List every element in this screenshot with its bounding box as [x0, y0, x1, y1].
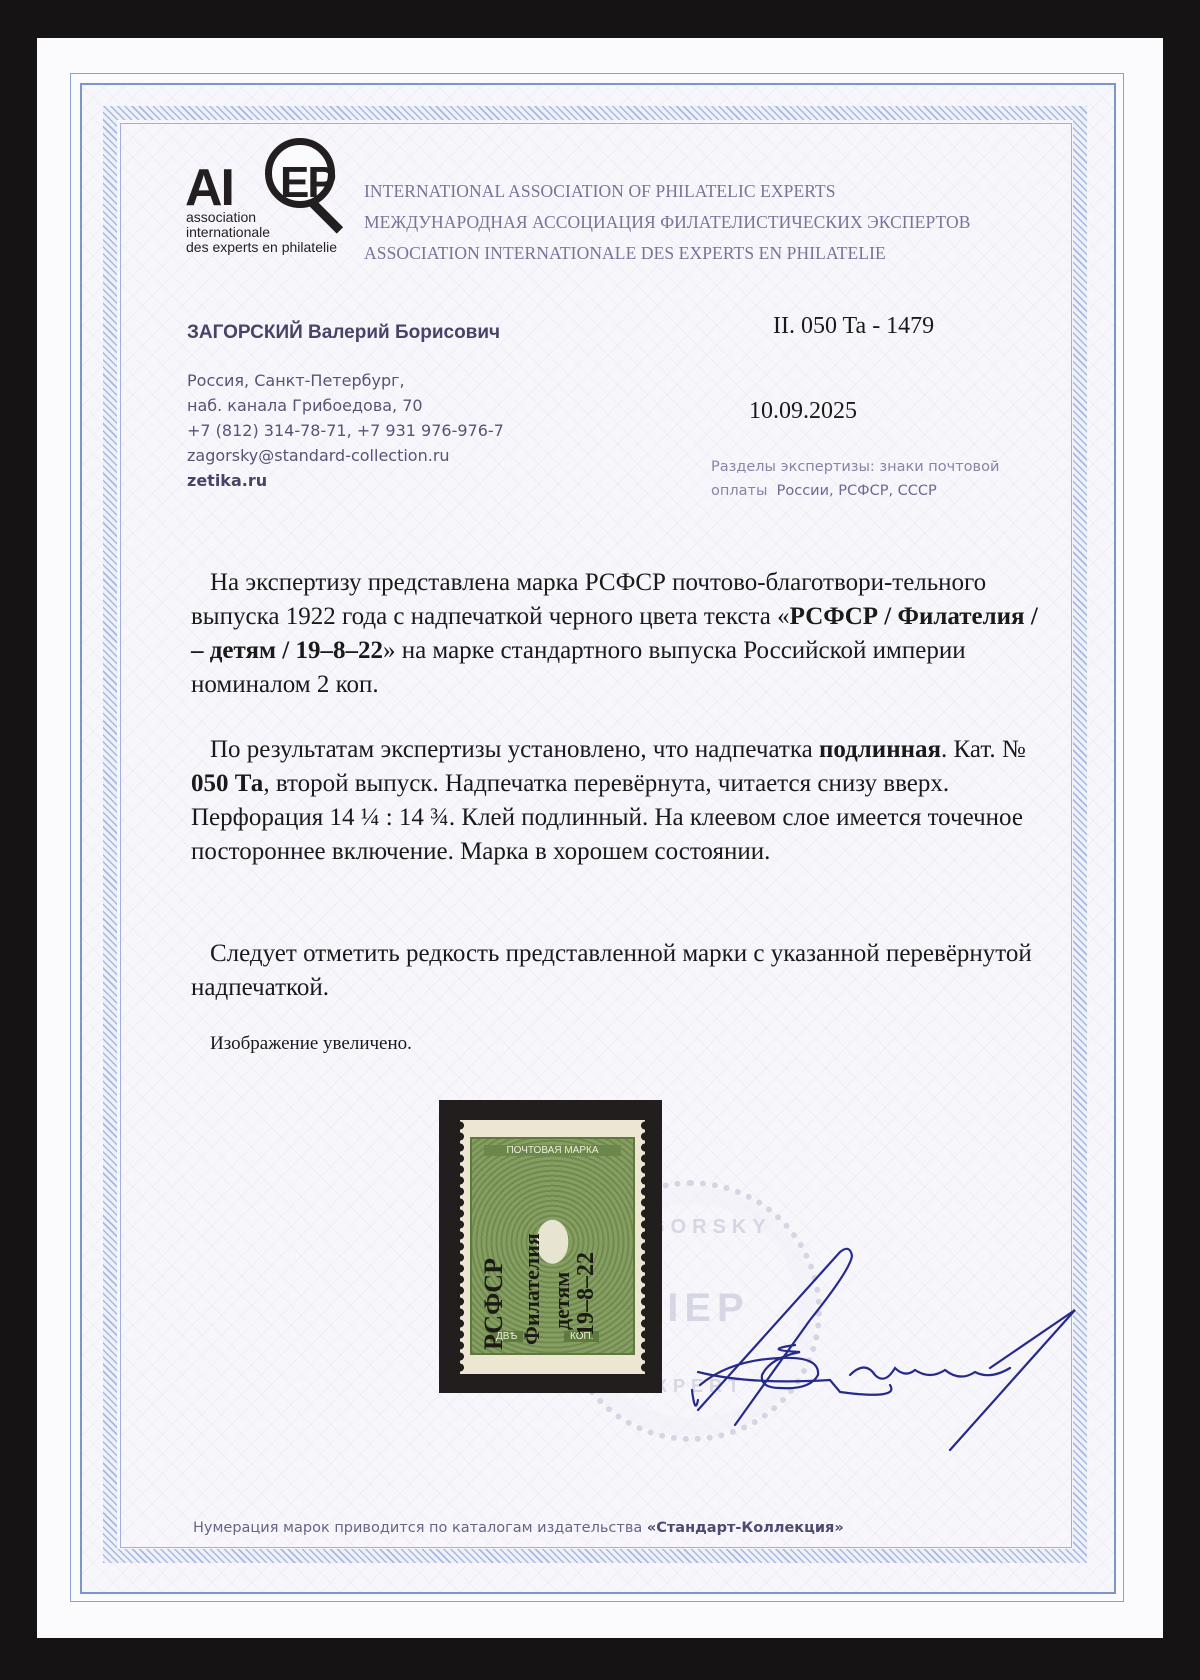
sections-label: Разделы экспертизы: знаки почтовой: [711, 455, 999, 479]
certificate-date: 10.09.2025: [749, 398, 857, 425]
paragraph-result: По результатам экспертизы установлено, ч…: [191, 733, 1051, 869]
image-enlarged-note: Изображение увеличено.: [210, 1033, 412, 1055]
address-line: Россия, Санкт-Петербург,: [187, 368, 504, 393]
overprint-line: РСФСР: [479, 1258, 509, 1350]
expert-contact: Россия, Санкт-Петербург, наб. канала Гри…: [187, 368, 504, 493]
text-span: , второй выпуск. Надпечатка перевёрнута,…: [191, 770, 1023, 865]
association-name-fr: ASSOCIATION INTERNATIONALE DES EXPERTS E…: [364, 238, 971, 269]
logo-sub-line: internationale: [186, 225, 337, 240]
sections-label: оплаты: [711, 483, 767, 499]
publisher-name: «Стандарт-Коллекция»: [647, 1520, 844, 1536]
stamp-mount: ПОЧТОВАЯ МАРКА ДВѢ КОП. РСФСР Филателия …: [439, 1100, 662, 1393]
association-names: INTERNATIONAL ASSOCIATION OF PHILATELIC …: [364, 176, 971, 269]
catalog-number: 050 Та: [191, 770, 263, 797]
expert-name: ЗАГОРСКИЙ Валерий Борисович: [187, 322, 500, 344]
logo-abbr-lens: EP: [280, 158, 335, 208]
paragraph-rarity: Следует отметить редкость представленной…: [191, 937, 1051, 1005]
logo-sub-line: des experts en philatelie: [186, 240, 337, 255]
verdict: подлинная: [819, 736, 941, 763]
website-link[interactable]: zetika.ru: [187, 468, 504, 493]
footnote-text: Нумерация марок приводится по каталогам …: [193, 1520, 647, 1536]
text-span: Следует отметить редкость представленной…: [191, 940, 1032, 1001]
overprint-line: 19–8–22: [573, 1252, 600, 1336]
expertise-sections: Разделы экспертизы: знаки почтовой оплат…: [711, 455, 999, 503]
overprint-line: Филателия: [519, 1233, 545, 1345]
sections-value: России, РСФСР, СССР: [777, 483, 937, 499]
text-span: . Кат. №: [941, 736, 1026, 763]
expert-signature: [690, 1240, 1110, 1470]
email-link[interactable]: zagorsky@standard-collection.ru: [187, 443, 504, 468]
logo-sub-line: association: [186, 210, 337, 225]
paragraph-description: На экспертизу представлена марка РСФСР п…: [191, 566, 1051, 702]
logo-subtitle: association internationale des experts e…: [186, 210, 337, 255]
text-span: По результатам экспертизы установлено, ч…: [210, 736, 819, 763]
aiep-logo: AI EP association internationale des exp…: [180, 138, 355, 258]
catalog-footnote: Нумерация марок приводится по каталогам …: [193, 1520, 844, 1536]
stamp-top-label: ПОЧТОВАЯ МАРКА: [484, 1145, 621, 1156]
overprint-line: детям: [549, 1272, 575, 1330]
association-name-ru: МЕЖДУНАРОДНАЯ АССОЦИАЦИЯ ФИЛАТЕЛИСТИЧЕСК…: [364, 207, 971, 238]
phone-numbers: +7 (812) 314-78-71, +7 931 976-976-7: [187, 418, 504, 443]
address-line: наб. канала Грибоедова, 70: [187, 393, 504, 418]
certificate-number: II. 050 Ta - 1479: [773, 313, 934, 340]
association-name-en: INTERNATIONAL ASSOCIATION OF PHILATELIC …: [364, 176, 971, 207]
